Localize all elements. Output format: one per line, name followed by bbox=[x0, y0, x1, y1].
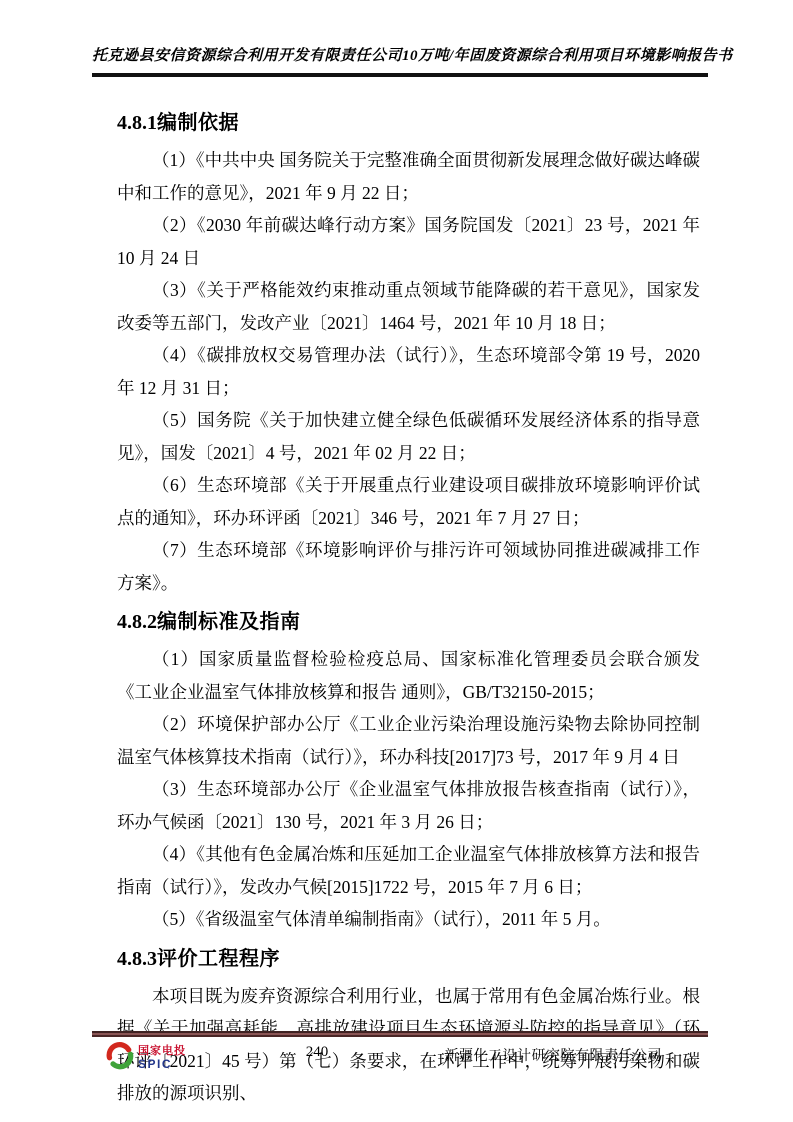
list-item: （4）《碳排放权交易管理办法（试行）》，生态环境部令第 19 号，2020 年 … bbox=[117, 339, 700, 404]
footer-rule bbox=[92, 1031, 708, 1037]
section-heading-4-8-1: 4.8.1编制依据 bbox=[117, 110, 700, 137]
page-content: 4.8.1编制依据 （1）《中共中央 国务院关于完整准确全面贯彻新发展理念做好碳… bbox=[117, 100, 700, 1110]
section-heading-4-8-2: 4.8.2编制标准及指南 bbox=[117, 609, 700, 636]
section-number: 4.8.2 bbox=[117, 611, 157, 633]
document-page: 托克逊县安信资源综合利用开发有限责任公司10万吨/年固废资源综合利用项目环境影响… bbox=[0, 0, 793, 1122]
section-heading-4-8-3: 4.8.3评价工程程序 bbox=[117, 946, 700, 973]
list-item: （6）生态环境部《关于开展重点行业建设项目碳排放环境影响评价试点的通知》，环办环… bbox=[117, 469, 700, 534]
list-item: （1）国家质量监督检验检疫总局、国家标准化管理委员会联合颁发《工业企业温室气体排… bbox=[117, 643, 700, 708]
report-title: 托克逊县安信资源综合利用开发有限责任公司10万吨/年固废资源综合利用项目环境影响… bbox=[92, 44, 708, 77]
list-item: （3）《关于严格能效约束推动重点领域节能降碳的若干意见》，国家发改委等五部门，发… bbox=[117, 274, 700, 339]
spic-logo: 国家电投 SPIC bbox=[106, 1042, 186, 1075]
list-item: （1）《中共中央 国务院关于完整准确全面贯彻新发展理念做好碳达峰碳中和工作的意见… bbox=[117, 144, 700, 209]
page-footer: 国家电投 SPIC 240 新疆化工设计研究院有限责任公司 bbox=[92, 1042, 708, 1078]
footer-company-name: 新疆化工设计研究院有限责任公司 bbox=[445, 1045, 663, 1065]
list-item: （2）《2030 年前碳达峰行动方案》国务院国发〔2021〕23 号，2021 … bbox=[117, 209, 700, 274]
list-item: （4）《其他有色金属冶炼和压延加工企业温室气体排放核算方法和报告指南（试行）》，… bbox=[117, 838, 700, 903]
section-title: 评价工程程序 bbox=[157, 948, 280, 970]
spic-logo-icon bbox=[106, 1042, 134, 1075]
section-number: 4.8.1 bbox=[117, 112, 157, 134]
section-title: 编制依据 bbox=[157, 112, 239, 134]
spic-logo-text-en: SPIC bbox=[138, 1058, 186, 1072]
list-item: （7）生态环境部《环境影响评价与排污许可领域协同推进碳减排工作方案》。 bbox=[117, 534, 700, 599]
page-number: 240 bbox=[272, 1044, 362, 1061]
section-number: 4.8.3 bbox=[117, 948, 157, 970]
spic-logo-text: 国家电投 SPIC bbox=[138, 1045, 186, 1071]
section-title: 编制标准及指南 bbox=[157, 611, 301, 633]
list-item: （5）《省级温室气体清单编制指南》（试行），2011 年 5 月。 bbox=[117, 903, 700, 936]
list-item: （2）环境保护部办公厅《工业企业污染治理设施污染物去除协同控制温室气体核算技术指… bbox=[117, 708, 700, 773]
page-header: 托克逊县安信资源综合利用开发有限责任公司10万吨/年固废资源综合利用项目环境影响… bbox=[92, 44, 708, 77]
list-item: （5）国务院《关于加快建立健全绿色低碳循环发展经济体系的指导意见》，国发〔202… bbox=[117, 404, 700, 469]
list-item: （3）生态环境部办公厅《企业温室气体排放报告核查指南（试行）》，环办气候函〔20… bbox=[117, 773, 700, 838]
